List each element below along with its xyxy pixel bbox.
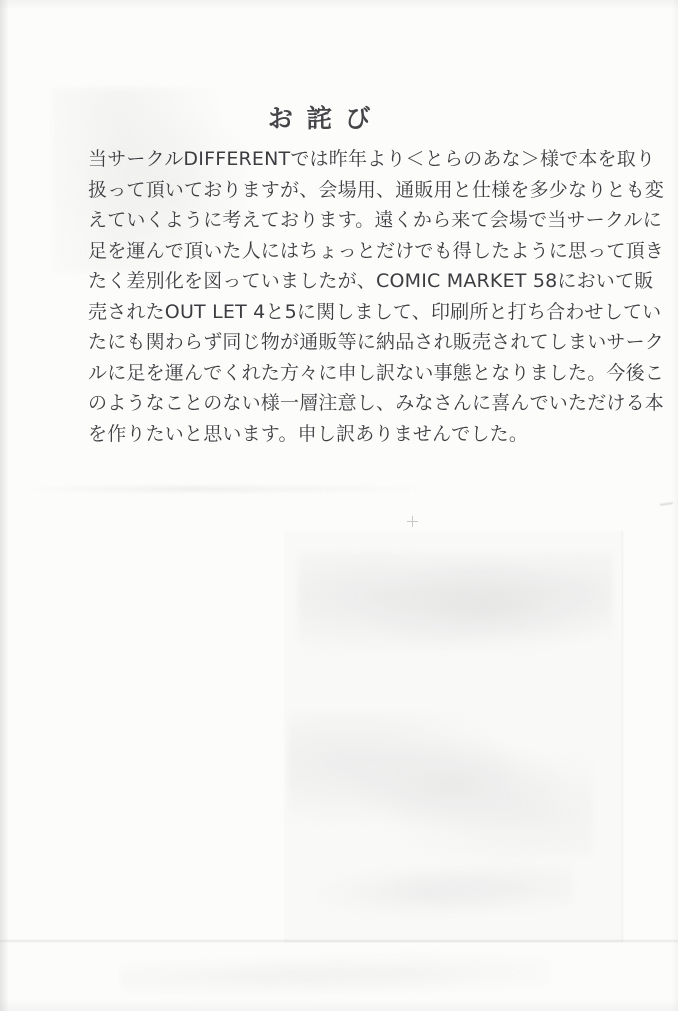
- bleed-through-smudge: [318, 858, 573, 928]
- text-line: 売されたOUT LET 4と5に関しまして、印刷所と打ち合わせしてい: [88, 297, 591, 328]
- text-line: のようなことのない様一層注意し、みなさんに喜んでいただける本: [88, 388, 591, 419]
- bleed-through-smudge: [298, 552, 613, 677]
- registration-cross-mark: [407, 516, 418, 527]
- apology-paragraph: 当サークルDIFFERENTでは昨年より＜とらのあな＞様で本を取り扱って頂いてお…: [88, 144, 591, 449]
- reverse-page-ghost-panel: [284, 531, 623, 942]
- stray-pen-mark: [660, 502, 673, 506]
- text-line: 扱って頂いておりますが、会場用、通販用と仕様を多少なりとも変: [88, 175, 591, 206]
- text-line: 足を運んで頂いた人にはちょっとだけでも得したように思って頂き: [88, 236, 591, 267]
- text-line: たにも関わらず同じ物が通販等に納品され販売されてしまいサーク: [88, 327, 591, 358]
- bleed-through-smudge: [288, 712, 593, 857]
- text-line: たく差別化を図っていましたが、COMIC MARKET 58において販: [88, 266, 591, 297]
- text-line: ルに足を運んでくれた方々に申し訳ない事態となりました。今後こ: [88, 358, 591, 389]
- scanned-apology-page: お詫び 当サークルDIFFERENTでは昨年より＜とらのあな＞様で本を取り扱って…: [0, 0, 678, 1011]
- text-line: 当サークルDIFFERENTでは昨年より＜とらのあな＞様で本を取り: [88, 144, 591, 175]
- scan-streak: [20, 486, 440, 492]
- text-line: えていくように考えております。遠くから来て会場で当サークルに: [88, 205, 591, 236]
- page-title: お詫び: [268, 99, 384, 135]
- scan-streak: [0, 940, 678, 942]
- bleed-through-smudge: [120, 950, 550, 1005]
- text-line: を作りたいと思います。申し訳ありませんでした。: [88, 419, 591, 450]
